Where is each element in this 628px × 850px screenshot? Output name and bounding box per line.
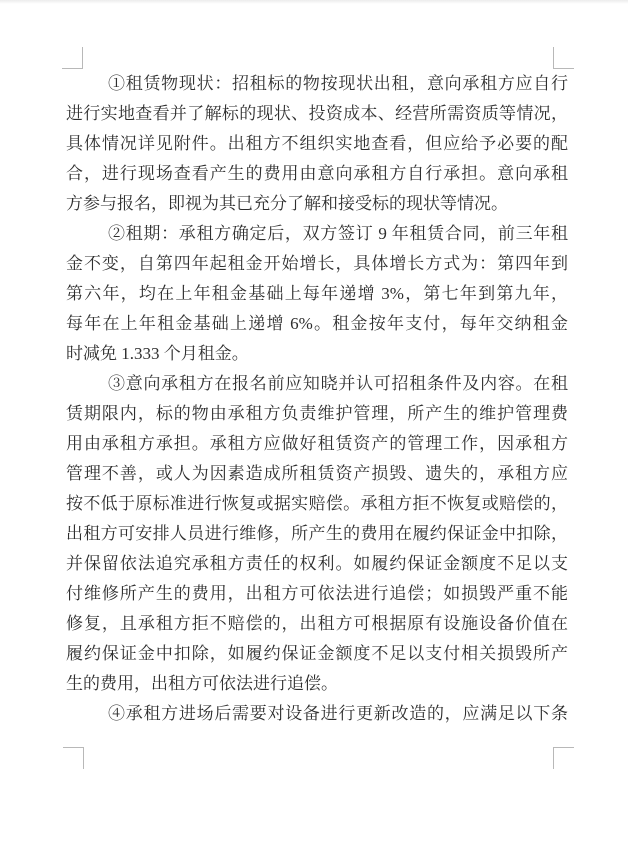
text-line: 付维修所产生的费用，出租方可依法进行追偿；如损毁严重不能: [66, 579, 568, 609]
text-line: 用由承租方承担。承租方应做好租赁资产的管理工作，因承租方: [66, 429, 568, 459]
crop-mark-bottom-right: [553, 747, 574, 769]
text-line: 方参与报名，即视为其已充分了解和接受标的现状等情况。: [66, 189, 568, 219]
crop-mark-top-left: [62, 47, 83, 69]
text-line: 赁期限内，标的物由承租方负责维护管理，所产生的维护管理费: [66, 399, 568, 429]
text-line: 金不变，自第四年起租金开始增长，具体增长方式为：第四年到: [66, 249, 568, 279]
text-line: 进行实地查看并了解标的现状、投资成本、经营所需资质等情况，: [66, 99, 568, 129]
text-line: 生的费用，出租方可依法进行追偿。: [66, 669, 568, 699]
text-line: 出租方可安排人员进行维修，所产生的费用在履约保证金中扣除，: [66, 519, 568, 549]
text-line: 时减免 1.333 个月租金。: [66, 339, 568, 369]
document-body: ①租赁物现状：招租标的物按现状出租，意向承租方应自行进行实地查看并了解标的现状、…: [66, 69, 568, 729]
text-line: 并保留依法追究承租方责任的权利。如履约保证金额度不足以支: [66, 549, 568, 579]
text-line: ①租赁物现状：招租标的物按现状出租，意向承租方应自行: [66, 69, 568, 99]
text-line: 合，进行现场查看产生的费用由意向承租方自行承担。意向承租: [66, 159, 568, 189]
crop-mark-top-right: [553, 47, 574, 69]
text-line: ③意向承租方在报名前应知晓并认可招租条件及内容。在租: [66, 369, 568, 399]
text-line: 管理不善，或人为因素造成所租赁资产损毁、遗失的，承租方应: [66, 459, 568, 489]
text-line: 每年在上年租金基础上递增 6%。租金按年支付，每年交纳租金: [66, 309, 568, 339]
text-line: 具体情况详见附件。出租方不组织实地查看，但应给予必要的配: [66, 129, 568, 159]
text-line: 按不低于原标准进行恢复或据实赔偿。承租方拒不恢复或赔偿的，: [66, 489, 568, 519]
crop-mark-bottom-left: [63, 747, 84, 769]
text-line: 修复，且承租方拒不赔偿的，出租方可根据原有设施设备价值在: [66, 609, 568, 639]
text-line: 第六年，均在上年租金基础上每年递增 3%，第七年到第九年，: [66, 279, 568, 309]
text-line: 履约保证金中扣除，如履约保证金额度不足以支付相关损毁所产: [66, 639, 568, 669]
document-page: ①租赁物现状：招租标的物按现状出租，意向承租方应自行进行实地查看并了解标的现状、…: [0, 0, 628, 850]
text-line: ④承租方进场后需要对设备进行更新改造的，应满足以下条: [66, 699, 568, 729]
text-line: ②租期：承租方确定后，双方签订 9 年租赁合同，前三年租: [66, 219, 568, 249]
page-top-edge: [0, 0, 628, 4]
